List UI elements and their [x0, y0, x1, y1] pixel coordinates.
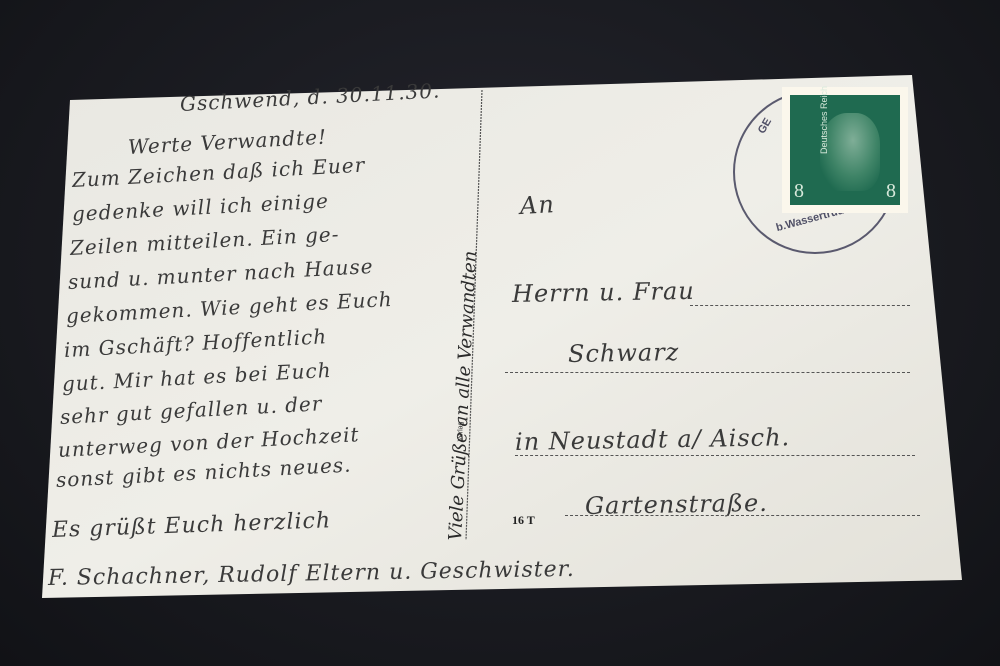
address-rule	[565, 515, 920, 516]
address-line: Schwarz	[568, 338, 680, 368]
address-prefix: An	[519, 190, 555, 220]
postage-stamp: Deutsches Reich 8 8	[782, 87, 908, 213]
stamp-value-left: 8	[794, 180, 804, 203]
stamp-value-right: 8	[886, 180, 896, 203]
address-line: Herrn u. Frau	[512, 277, 695, 308]
postmark-top-text: GE	[756, 116, 774, 136]
address-rule	[515, 455, 915, 456]
postcard: GE b.Wassertrüdin Deutsches Reich 8 8 Gs…	[0, 0, 1000, 666]
address-rule	[690, 305, 910, 306]
address-line: in Neustadt a/ Aisch.	[515, 423, 791, 456]
address-rule	[505, 372, 910, 373]
printed-mark: 16 T	[512, 513, 535, 528]
stamp-country: Deutsches Reich	[819, 86, 829, 154]
publisher-mark: Verlag	[457, 422, 464, 442]
